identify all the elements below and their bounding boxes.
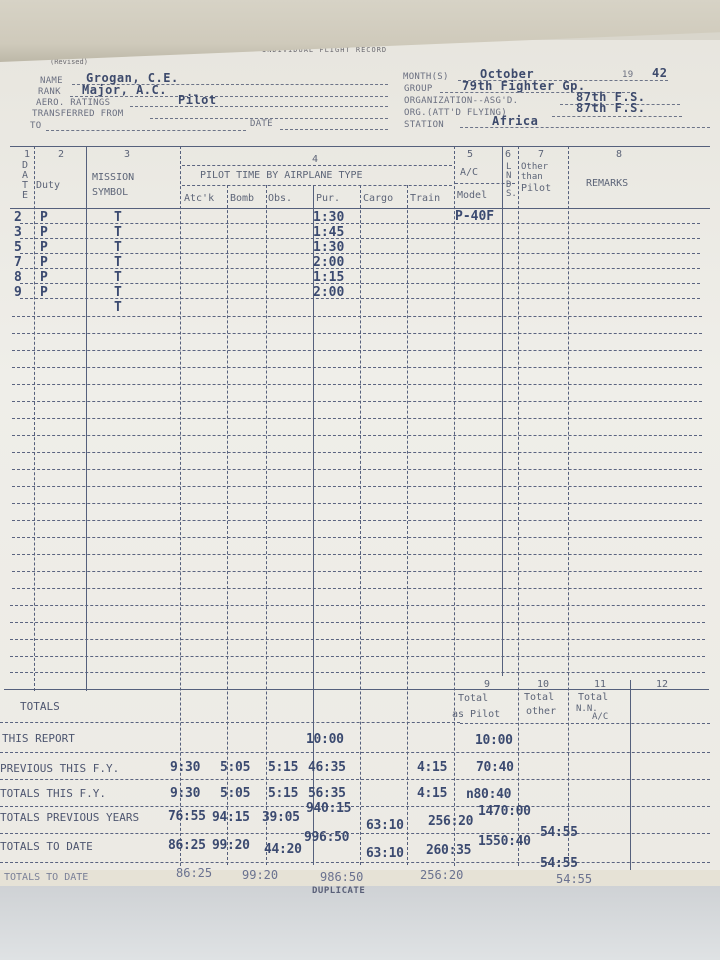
col10-number: 10 [537, 679, 549, 690]
col6-label-landings: LNDS. [506, 163, 514, 199]
col5-label-model: Model [457, 190, 487, 201]
col1-number: 1 [24, 149, 30, 160]
row-mission: T [114, 270, 122, 285]
totals-bomb: 94:15 [212, 810, 250, 825]
station-label: STATION [404, 120, 444, 130]
totals-as-pilot: 1470:00 [478, 804, 531, 819]
totals-train: 4:15 [417, 760, 447, 775]
row-duty: P [40, 240, 48, 255]
col4-sub-train: Train [410, 193, 440, 204]
row-mission: T [114, 240, 122, 255]
totals-train: 256:20 [428, 814, 473, 829]
col9-label-as-pilot: as Pilot [452, 709, 500, 720]
totals-as-pilot: n80:40 [466, 787, 511, 802]
totals-attack: 86:25 [168, 838, 206, 853]
col5-label-ac: A/C [460, 167, 478, 178]
under-value: 86:25 [176, 866, 212, 880]
totals-cargo: 63:10 [366, 846, 404, 861]
row-date: 5 [14, 240, 22, 255]
totals-obs: 44:20 [264, 842, 302, 857]
month-label: MONTH(S) [403, 72, 449, 82]
col7-label-other: Other [521, 162, 548, 172]
org-attached-value: 87th F.S. [576, 101, 646, 115]
row-date: 2 [14, 210, 22, 225]
totals-row-label: TOTALS THIS F.Y. [0, 787, 106, 800]
year-prefix: 19 [622, 70, 633, 80]
row-pursuit-time: 2:00 [313, 255, 344, 270]
under-value: 54:55 [556, 872, 592, 886]
col3-label-symbol: SYMBOL [92, 187, 128, 198]
totals-attack: 9:30 [170, 760, 200, 775]
row-mission: T [114, 225, 122, 240]
row-duty: P [40, 285, 48, 300]
col2-label-duty: Duty [36, 180, 60, 191]
under-totals-label: TOTALS TO DATE [4, 872, 88, 883]
col4-sub-bomb: Bomb [230, 193, 254, 204]
col4-sub-attack: Atc'k [184, 193, 214, 204]
transferred-label: TRANSFERRED FROM [32, 109, 124, 119]
col6-number: 6 [505, 149, 511, 160]
row-date: 7 [14, 255, 22, 270]
ratings-label: AERO. RATINGS [36, 98, 110, 108]
row-mission: T [114, 285, 122, 300]
totals-pursuit: 56:35 [308, 786, 346, 801]
totals-train: 4:15 [417, 786, 447, 801]
totals-bomb: 5:05 [220, 760, 250, 775]
totals-obs: 39:05 [262, 810, 300, 825]
row-duty: P [40, 270, 48, 285]
duplicate-stamp: DUPLICATE [312, 886, 365, 896]
totals-attack: 9:30 [170, 786, 200, 801]
row-pursuit-time: 1:30 [313, 240, 344, 255]
table-surface [0, 886, 720, 960]
col8-label-remarks: REMARKS [586, 178, 628, 189]
row-mission: T [114, 255, 122, 270]
org-label: ORGANIZATION--ASG'D. [404, 96, 518, 106]
col7-number: 7 [538, 149, 544, 160]
group-value: 79th Fighter Gp. [462, 79, 586, 93]
col11-label-total: Total [578, 692, 608, 703]
under-value: 256:20 [420, 868, 463, 882]
totals-cargo: 63:10 [366, 818, 404, 833]
col10-label-other: other [526, 706, 556, 717]
col9-number: 9 [484, 679, 490, 690]
col3-number: 3 [124, 149, 130, 160]
col11-number: 11 [594, 679, 606, 690]
totals-obs: 5:15 [268, 786, 298, 801]
totals-obs: 5:15 [268, 760, 298, 775]
totals-as-pilot: 10:00 [475, 733, 513, 748]
totals-pursuit: 940:15 [306, 801, 351, 816]
rank-label: RANK [38, 87, 61, 97]
totals-as-pilot: 1550:40 [478, 834, 531, 849]
totals-row-label: PREVIOUS THIS F.Y. [0, 762, 119, 775]
totals-other: 54:55 [540, 825, 578, 840]
col10-label-total: Total [524, 692, 554, 703]
row-pursuit-time: 2:00 [313, 285, 344, 300]
row-date: 8 [14, 270, 22, 285]
under-value: 986:50 [320, 870, 363, 884]
totals-train: 260:35 [426, 843, 471, 858]
totals-bomb: 99:20 [212, 838, 250, 853]
rank-value: Major, A.C. [82, 83, 167, 97]
row-pursuit-time: 1:15 [313, 270, 344, 285]
col5-number: 5 [467, 149, 473, 160]
totals-label: TOTALS [20, 700, 60, 713]
col4-sub-cargo: Cargo [363, 193, 393, 204]
totals-row-label: THIS REPORT [2, 732, 75, 745]
col4-sub-obs: Obs. [268, 193, 292, 204]
totals-row-label: TOTALS TO DATE [0, 840, 93, 853]
row-mission: T [114, 300, 122, 315]
col7-label-pilot: Pilot [521, 183, 551, 194]
col4-sub-pursuit: Pur. [316, 193, 340, 204]
totals-pursuit: 996:50 [304, 830, 349, 845]
row-aircraft-model: P-40F [455, 209, 494, 224]
row-date: 9 [14, 285, 22, 300]
date-label: DATE [250, 119, 273, 129]
col4-label-pilot-time: PILOT TIME BY AIRPLANE TYPE [200, 170, 363, 181]
col2-number: 2 [58, 149, 64, 160]
row-pursuit-time: 1:30 [313, 210, 344, 225]
station-value: Africa [492, 114, 538, 128]
row-duty: P [40, 210, 48, 225]
year-value: 42 [652, 66, 667, 80]
totals-as-pilot: 70:40 [476, 760, 514, 775]
totals-other: 54:55 [540, 856, 578, 871]
group-label: GROUP [404, 84, 433, 94]
col12-number: 12 [656, 679, 668, 690]
under-value: 99:20 [242, 868, 278, 882]
name-label: NAME [40, 76, 63, 86]
col7-label-than: than [521, 172, 543, 182]
col4-number: 4 [312, 154, 318, 165]
row-duty: P [40, 255, 48, 270]
row-duty: P [40, 225, 48, 240]
col3-label-mission: MISSION [92, 172, 134, 183]
totals-attack: 76:55 [168, 809, 206, 824]
totals-pursuit: 46:35 [308, 760, 346, 775]
col8-number: 8 [616, 149, 622, 160]
row-date: 3 [14, 225, 22, 240]
row-mission: T [114, 210, 122, 225]
col1-label-date: DATE [22, 161, 32, 201]
totals-row-label: TOTALS PREVIOUS YEARS [0, 811, 139, 824]
totals-pursuit: 10:00 [306, 732, 344, 747]
totals-bomb: 5:05 [220, 786, 250, 801]
to-label: TO [30, 121, 41, 131]
col9-label-total: Total [458, 693, 488, 704]
col11-label-ac: A/C [592, 712, 608, 722]
row-pursuit-time: 1:45 [313, 225, 344, 240]
ratings-value: Pilot [178, 93, 217, 107]
